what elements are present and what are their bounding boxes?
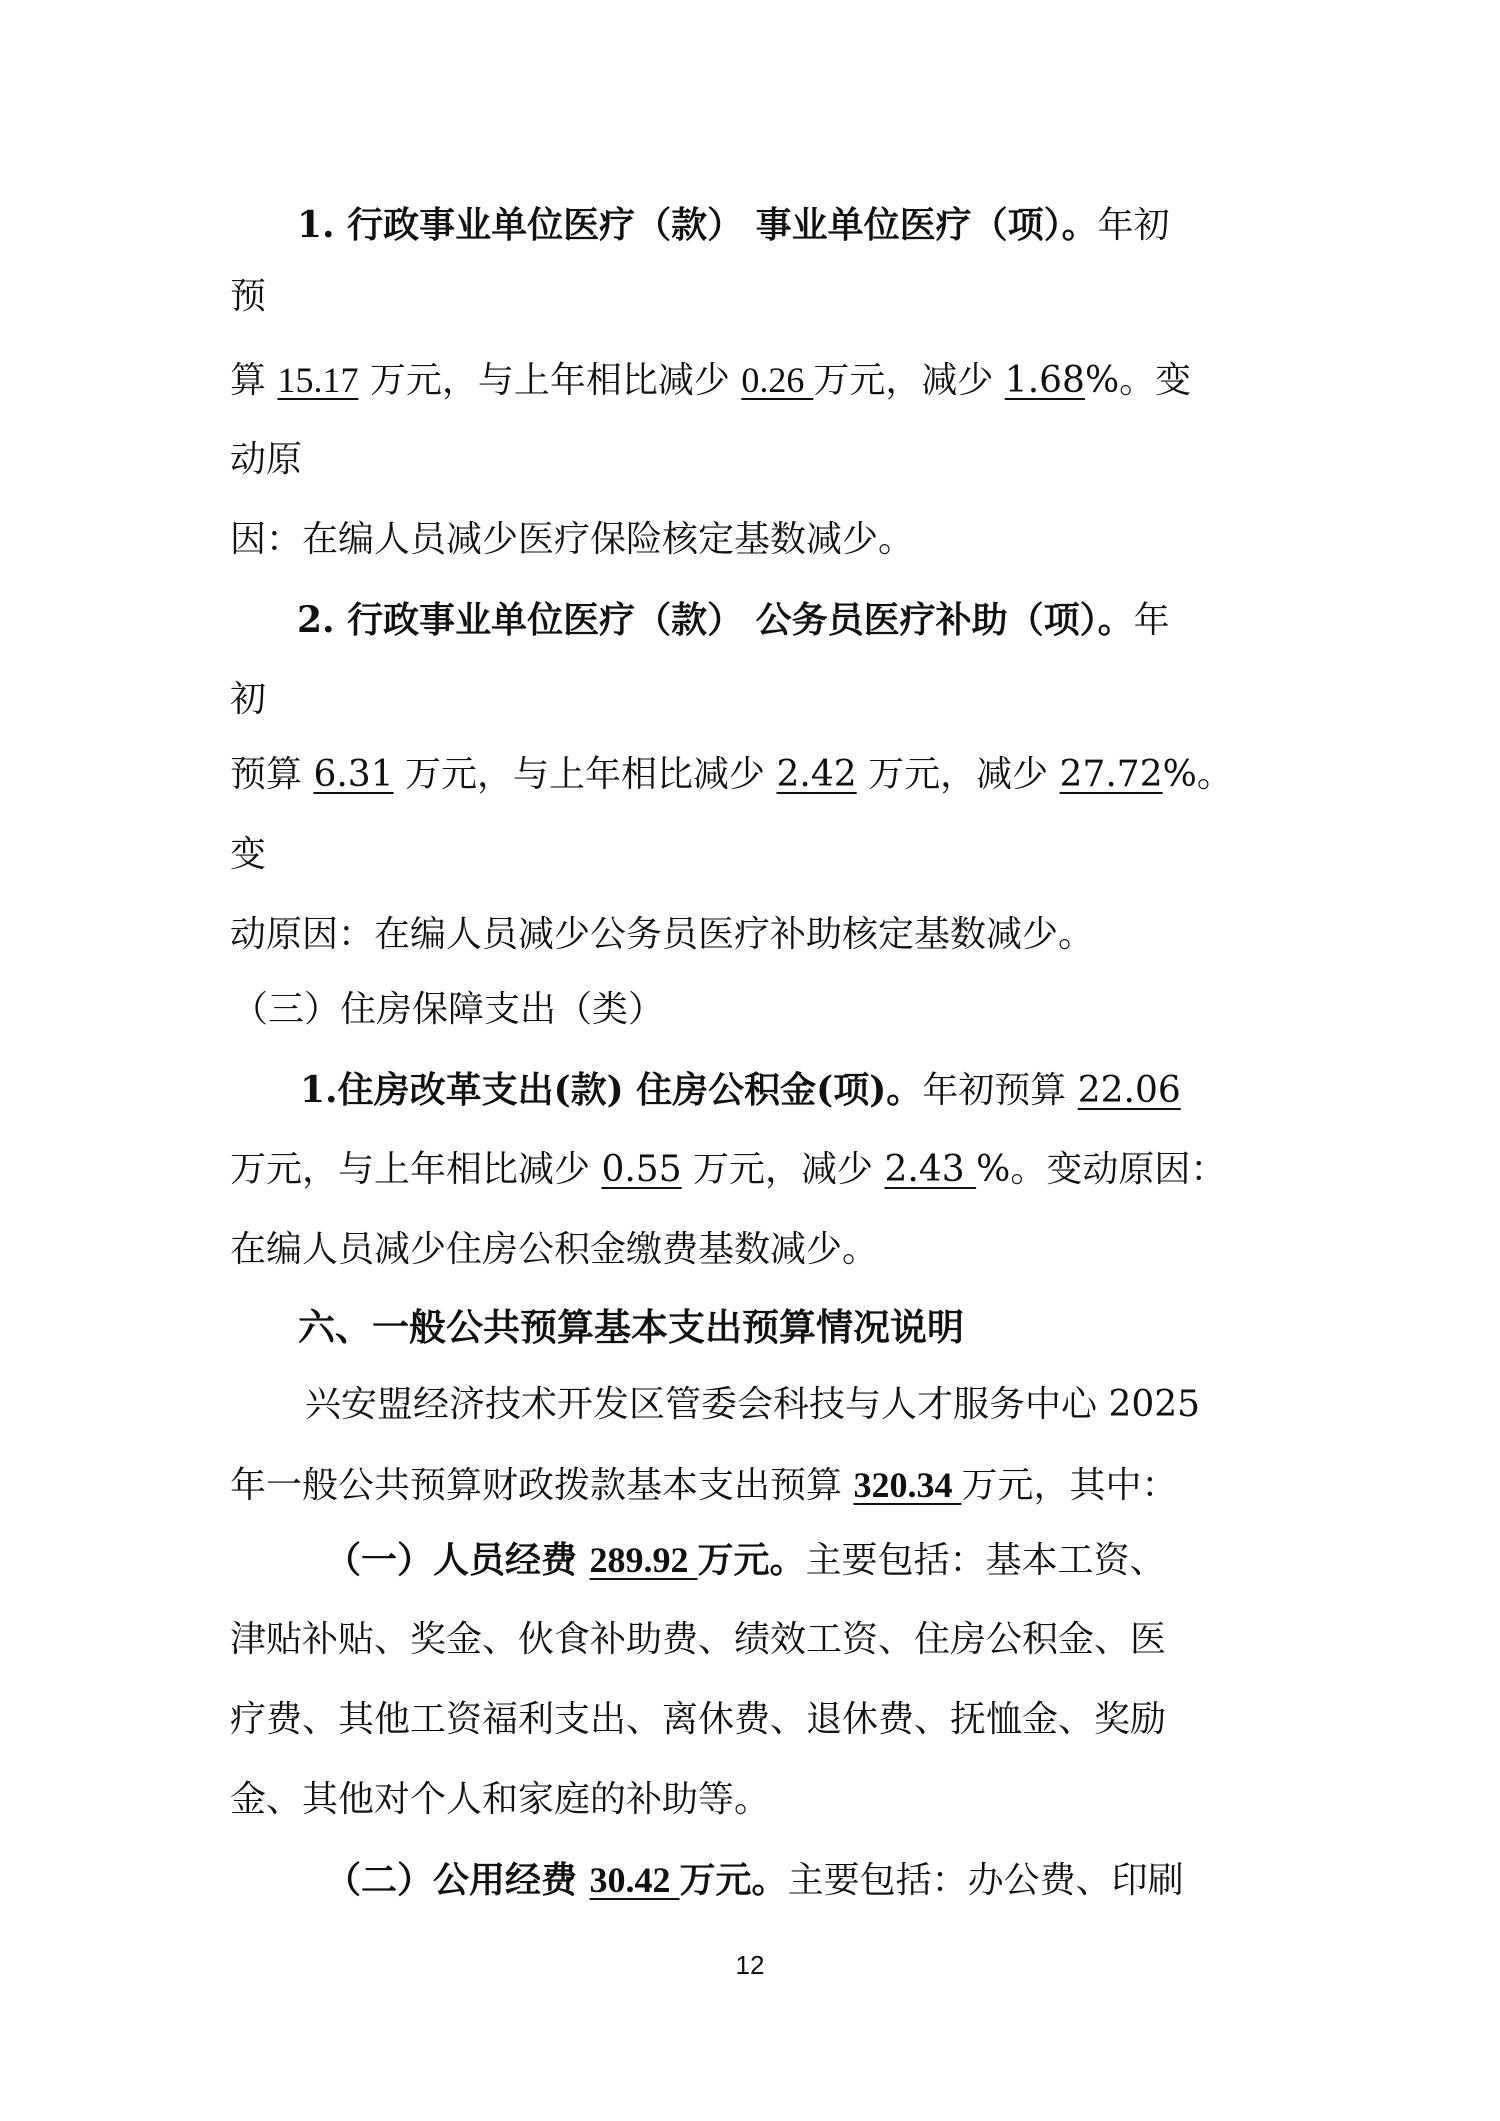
section6-heading: 六、一般公共预算基本支出预算情况说明 — [298, 1306, 964, 1350]
item2-text-d: %。 — [1163, 754, 1233, 795]
section6-intro-line2: 年一般公共预算财政拨款基本支出预算 320.34 万元，其中： — [230, 1463, 1177, 1507]
item2-line3: 预算 6.31 万元，与上年相比减少 2.42 万元，减少 27.72%。 — [230, 753, 1233, 797]
section6-intro-line1: 兴安盟经济技术开发区管委会科技与人才服务中心 2025 — [305, 1383, 1200, 1427]
page-number: 12 — [0, 1950, 1500, 1981]
item1-decrease-amount: 0.26 — [741, 360, 813, 400]
item2-text-a: 预算 — [230, 754, 313, 795]
item1-text-b: 万元，与上年相比减少 — [358, 360, 741, 401]
item2-line2: 初 — [230, 678, 266, 722]
item2-decrease-pct: 27.72 — [1060, 754, 1163, 795]
personnel-desc-1: 主要包括：基本工资、 — [806, 1540, 1166, 1581]
item3-line2: 万元，与上年相比减少 0.55 万元，减少 2.43 %。变动原因： — [230, 1148, 1226, 1192]
total-basic-expenditure: 320.34 — [853, 1465, 961, 1505]
item2-line4: 变 — [230, 833, 266, 877]
item3-text-c: %。变动原因： — [976, 1149, 1226, 1190]
item1-title-line: 1. 行政事业单位医疗（款） 事业单位医疗（项）。年初 — [297, 203, 1170, 247]
public-unit: 万元。 — [680, 1859, 788, 1901]
public-label: （二）公用经费 — [325, 1859, 590, 1901]
personnel-unit: 万元。 — [698, 1539, 806, 1581]
item3-line3: 在编人员减少住房公积金缴费基数减少。 — [230, 1228, 878, 1272]
personnel-desc-2: 津贴补贴、奖金、伙食补助费、绩效工资、住房公积金、医 — [230, 1618, 1166, 1662]
item2-line5: 动原因：在编人员减少公务员医疗补助核定基数减少。 — [230, 913, 1094, 957]
item3-budget: 22.06 — [1078, 1070, 1181, 1111]
item1-line5: 因：在编人员减少医疗保险核定基数减少。 — [230, 518, 914, 562]
item3-text-a: 万元，与上年相比减少 — [230, 1149, 601, 1190]
item3-decrease-pct: 2.43 — [885, 1149, 977, 1190]
item2-text-b: 万元，与上年相比减少 — [394, 754, 777, 795]
item1-line1-tail: 年初 — [1098, 205, 1170, 246]
intro-text-b: 万元，其中： — [961, 1465, 1177, 1506]
personnel-amount: 289.92 — [590, 1540, 698, 1580]
item1-line2: 预 — [230, 275, 266, 319]
intro-text-a: 年一般公共预算财政拨款基本支出预算 — [230, 1465, 853, 1506]
personnel-label: （一）人员经费 — [325, 1539, 590, 1581]
item1-text-d: %。变 — [1085, 360, 1191, 401]
item2-title-line: 2. 行政事业单位医疗（款） 公务员医疗补助（项）。年 — [297, 598, 1170, 642]
item2-line1-tail: 年 — [1134, 600, 1170, 641]
public-line: （二）公用经费 30.42 万元。主要包括：办公费、印刷 — [325, 1858, 1184, 1902]
item3-decrease-amount: 0.55 — [601, 1149, 681, 1190]
public-desc-1: 主要包括：办公费、印刷 — [788, 1860, 1184, 1901]
item1-text-c: 万元，减少 — [813, 360, 1004, 401]
item1-title: 1. 行政事业单位医疗（款） 事业单位医疗（项）。 — [297, 204, 1098, 246]
item2-decrease-amount: 2.42 — [777, 754, 857, 795]
public-amount: 30.42 — [590, 1860, 680, 1900]
item2-text-c: 万元，减少 — [857, 754, 1060, 795]
personnel-line: （一）人员经费 289.92 万元。主要包括：基本工资、 — [325, 1538, 1166, 1582]
item3-line1-tail: 年初预算 — [922, 1070, 1077, 1111]
item2-budget: 6.31 — [313, 754, 393, 795]
personnel-desc-4: 金、其他对个人和家庭的补助等。 — [230, 1778, 770, 1822]
item1-line4: 动原 — [230, 438, 302, 482]
item1-budget: 15.17 — [277, 360, 358, 400]
item3-title-line: 1.住房改革支出(款) 住房公积金(项)。年初预算 22.06 — [300, 1068, 1181, 1112]
category3-title: （三）住房保障支出（类） — [232, 988, 664, 1032]
personnel-desc-3: 疗费、其他工资福利支出、离休费、退休费、抚恤金、奖励 — [230, 1698, 1166, 1742]
item2-title: 2. 行政事业单位医疗（款） 公务员医疗补助（项）。 — [297, 599, 1134, 641]
item3-title: 1.住房改革支出(款) 住房公积金(项)。 — [300, 1069, 922, 1111]
item1-line3: 算 15.17 万元，与上年相比减少 0.26 万元，减少 1.68%。变 — [230, 358, 1191, 402]
item1-text-a: 算 — [230, 360, 277, 401]
item3-text-b: 万元，减少 — [682, 1149, 885, 1190]
item1-decrease-pct: 1.68 — [1005, 360, 1085, 401]
